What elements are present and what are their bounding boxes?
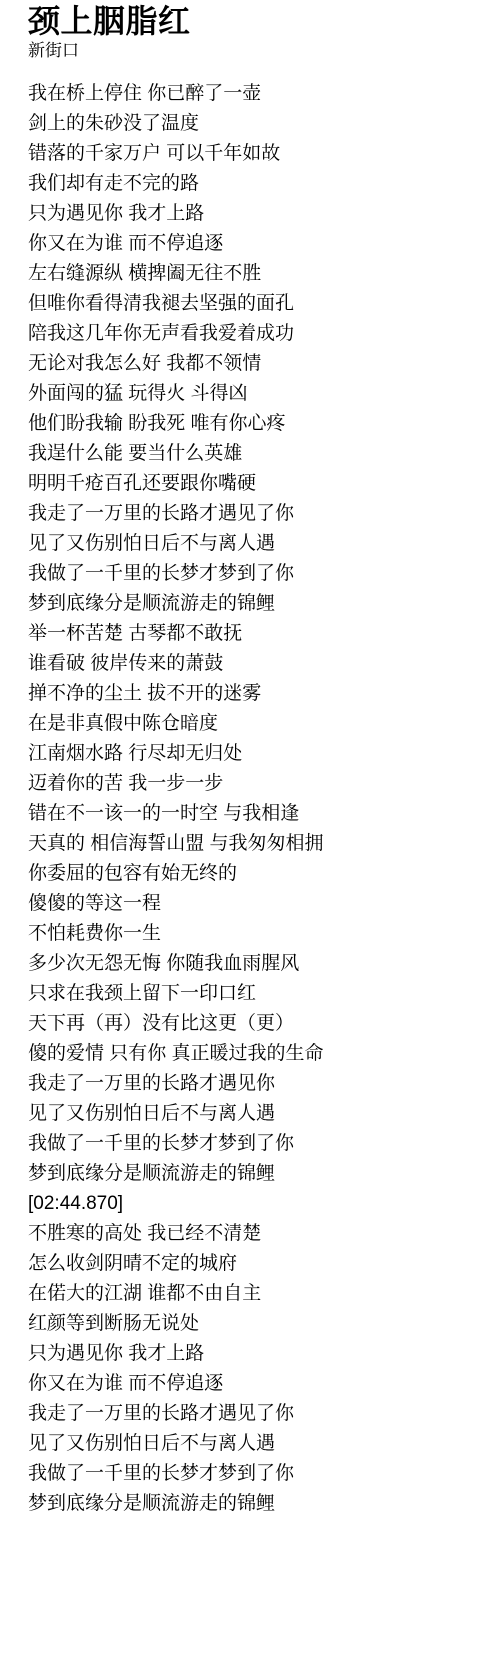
lyric-line: 你又在为谁 而不停追逐 — [28, 1369, 484, 1399]
lyric-line: 你又在为谁 而不停追逐 — [28, 229, 484, 259]
lyric-line: 无论对我怎么好 我都不领情 — [28, 349, 484, 379]
lyric-line: 我在桥上停住 你已醉了一壶 — [28, 79, 484, 109]
lyric-line: 见了又伤别怕日后不与离人遇 — [28, 529, 484, 559]
lyric-line: 错落的千家万户 可以千年如故 — [28, 139, 484, 169]
lyric-line: 外面闯的猛 玩得火 斗得凶 — [28, 379, 484, 409]
lyric-line: 梦到底缘分是顺流游走的锦鲤 — [28, 589, 484, 619]
lyric-line: 见了又伤别怕日后不与离人遇 — [28, 1099, 484, 1129]
lyric-line: 天真的 相信海誓山盟 与我匆匆相拥 — [28, 829, 484, 859]
lyric-line: 左右缝源纵 横捭阖无往不胜 — [28, 259, 484, 289]
lyric-line: 明明千疮百孔还要跟你嘴硬 — [28, 469, 484, 499]
lyric-line: 怎么收剑阴晴不定的城府 — [28, 1249, 484, 1279]
lyric-line: 我做了一千里的长梦才梦到了你 — [28, 1129, 484, 1159]
lyric-line: 傻的爱情 只有你 真正暖过我的生命 — [28, 1039, 484, 1069]
artist-name: 新街口 — [28, 41, 484, 61]
lyric-line: 在是非真假中陈仓暗度 — [28, 709, 484, 739]
lyric-line: 我逞什么能 要当什么英雄 — [28, 439, 484, 469]
lyric-line: 错在不一该一的一时空 与我相逢 — [28, 799, 484, 829]
lyric-line: 多少次无怨无悔 你随我血雨腥风 — [28, 949, 484, 979]
lyric-line: [02:44.870] — [28, 1189, 484, 1219]
lyric-line: 只为遇见你 我才上路 — [28, 1339, 484, 1369]
lyric-line: 江南烟水路 行尽却无归处 — [28, 739, 484, 769]
lyric-line: 迈着你的苦 我一步一步 — [28, 769, 484, 799]
lyric-line: 天下再（再）没有比这更（更） — [28, 1009, 484, 1039]
lyric-line: 掸不净的尘土 拔不开的迷雾 — [28, 679, 484, 709]
lyric-line: 我做了一千里的长梦才梦到了你 — [28, 1459, 484, 1489]
lyric-line: 我做了一千里的长梦才梦到了你 — [28, 559, 484, 589]
lyric-line: 见了又伤别怕日后不与离人遇 — [28, 1429, 484, 1459]
song-title: 颈上胭脂红 — [28, 4, 484, 38]
lyric-line: 谁看破 彼岸传来的萧鼓 — [28, 649, 484, 679]
lyric-line: 我们却有走不完的路 — [28, 169, 484, 199]
lyric-line: 剑上的朱砂没了温度 — [28, 109, 484, 139]
lyric-line: 傻傻的等这一程 — [28, 889, 484, 919]
lyric-line: 只求在我颈上留下一印口红 — [28, 979, 484, 1009]
lyric-line: 不胜寒的高处 我已经不清楚 — [28, 1219, 484, 1249]
lyric-line: 在偌大的江湖 谁都不由自主 — [28, 1279, 484, 1309]
lyric-line: 梦到底缘分是顺流游走的锦鲤 — [28, 1159, 484, 1189]
lyric-line: 只为遇见你 我才上路 — [28, 199, 484, 229]
lyric-line: 你委屈的包容有始无终的 — [28, 859, 484, 889]
lyric-line: 我走了一万里的长路才遇见了你 — [28, 499, 484, 529]
lyric-line: 梦到底缘分是顺流游走的锦鲤 — [28, 1489, 484, 1519]
lyric-line: 他们盼我输 盼我死 唯有你心疼 — [28, 409, 484, 439]
lyric-line: 红颜等到断肠无说处 — [28, 1309, 484, 1339]
lyric-line: 我走了一万里的长路才遇见你 — [28, 1069, 484, 1099]
lyric-line: 举一杯苦楚 古琴都不敢抚 — [28, 619, 484, 649]
lyric-line: 但唯你看得清我褪去坚强的面孔 — [28, 289, 484, 319]
lyric-line: 不怕耗费你一生 — [28, 919, 484, 949]
lyric-line: 陪我这几年你无声看我爱着成功 — [28, 319, 484, 349]
lyrics-page: 颈上胭脂红 新街口 我在桥上停住 你已醉了一壶剑上的朱砂没了温度错落的千家万户 … — [0, 0, 500, 1519]
lyrics-body: 我在桥上停住 你已醉了一壶剑上的朱砂没了温度错落的千家万户 可以千年如故我们却有… — [28, 79, 484, 1519]
lyric-line: 我走了一万里的长路才遇见了你 — [28, 1399, 484, 1429]
